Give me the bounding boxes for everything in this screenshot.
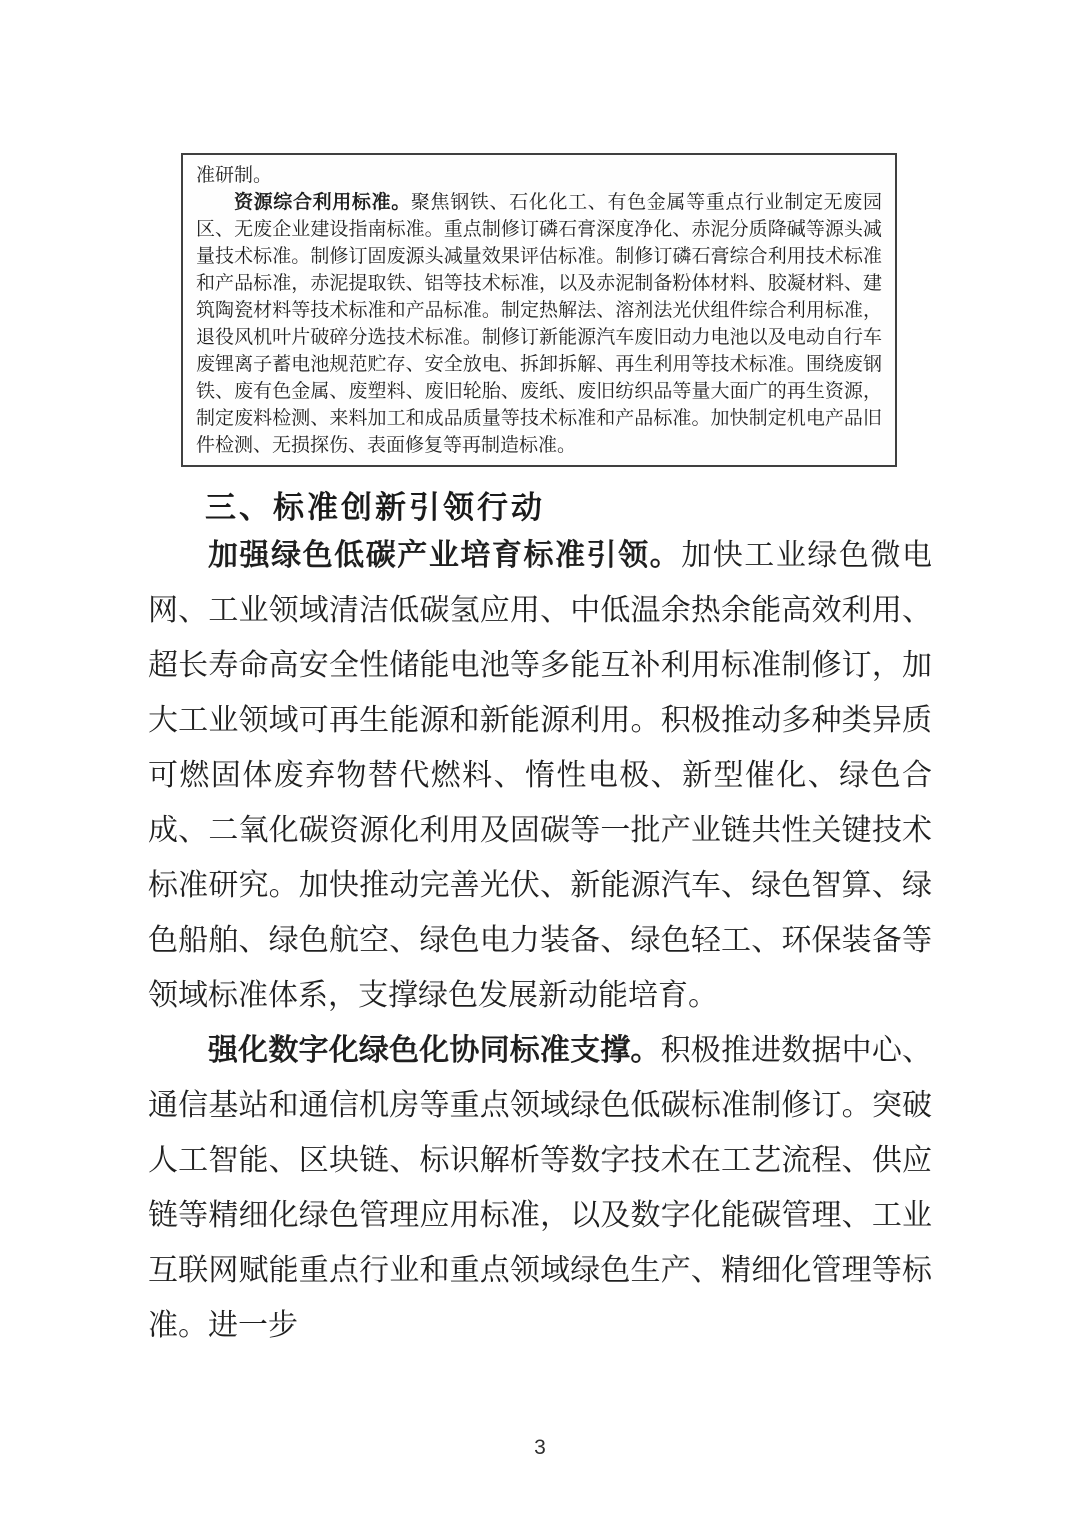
document-page: 准研制。 资源综合利用标准。聚焦钢铁、石化化工、有色金属等重点行业制定无废园区、…: [0, 0, 1080, 1528]
paragraph-green-lowcarbon-body: 加快工业绿色微电网、工业领域清洁低碳氢应用、中低温余热余能高效利用、超长寿命高安…: [148, 539, 932, 1012]
paragraph-digital-green-body: 积极推进数据中心、通信基站和通信机房等重点领域绿色低碳标准制修订。突破人工智能、…: [148, 1034, 932, 1342]
box-paragraph-body: 聚焦钢铁、石化化工、有色金属等重点行业制定无废园区、无废企业建设指南标准。重点制…: [196, 192, 882, 456]
paragraph-digital-green: 强化数字化绿色化协同标准支撑。积极推进数据中心、通信基站和通信机房等重点领域绿色…: [148, 1023, 932, 1353]
section-body: 加强绿色低碳产业培育标准引领。加快工业绿色微电网、工业领域清洁低碳氢应用、中低温…: [148, 528, 932, 1353]
box-paragraph-lead: 资源综合利用标准。: [234, 192, 411, 213]
paragraph-green-lowcarbon-lead: 加强绿色低碳产业培育标准引领。: [208, 539, 681, 572]
section-heading: 三、标准创新引领行动: [205, 482, 545, 527]
paragraph-green-lowcarbon: 加强绿色低碳产业培育标准引领。加快工业绿色微电网、工业领域清洁低碳氢应用、中低温…: [148, 528, 932, 1023]
page-number: 3: [0, 1436, 1080, 1460]
box-continuation-line: 准研制。: [196, 162, 882, 189]
box-paragraph: 资源综合利用标准。聚焦钢铁、石化化工、有色金属等重点行业制定无废园区、无废企业建…: [196, 189, 882, 459]
paragraph-digital-green-lead: 强化数字化绿色化协同标准支撑。: [208, 1034, 661, 1067]
framed-text-box: 准研制。 资源综合利用标准。聚焦钢铁、石化化工、有色金属等重点行业制定无废园区、…: [181, 153, 897, 467]
